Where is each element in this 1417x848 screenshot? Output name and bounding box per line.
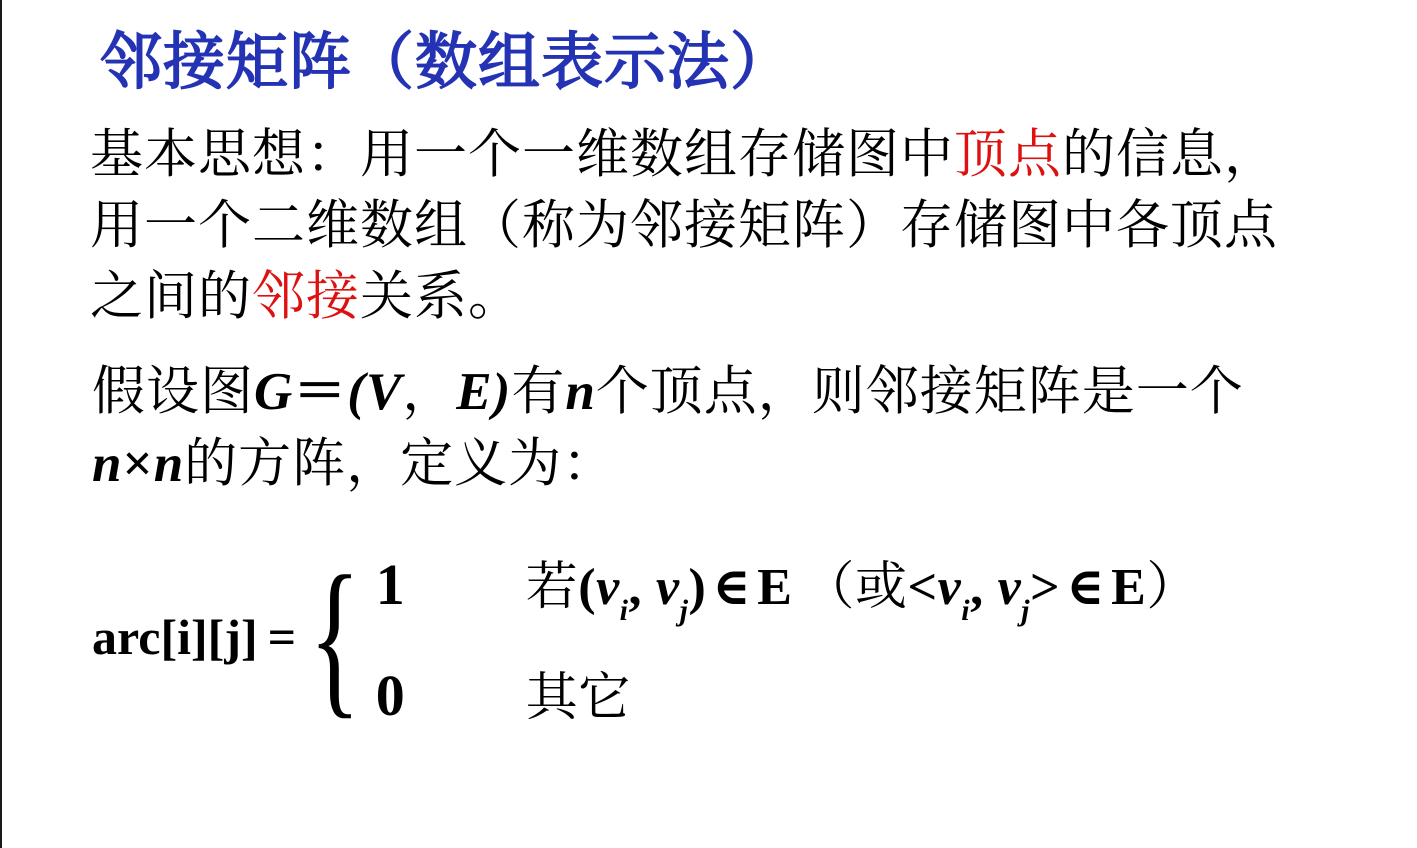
assume-seg3: 个顶点，则邻接矩阵是一个 bbox=[596, 363, 1244, 421]
cn-paren-open: （ bbox=[802, 559, 855, 616]
case1-condition: 若(vi,vj)∈E（或<vi,vj>∈E） bbox=[526, 544, 1199, 619]
close-paren: ) bbox=[493, 363, 512, 421]
case1-value: 1 bbox=[376, 551, 526, 618]
intro-line-1-text: 基本思想：用一个一维数组存储图中 bbox=[90, 126, 954, 184]
emphasis-adjacency: 邻接 bbox=[252, 268, 360, 326]
math-v1: v bbox=[596, 559, 620, 616]
set-E-1: E bbox=[757, 559, 792, 616]
slide: 邻接矩阵（数组表示法） 基本思想：用一个一维数组存储图中顶点的信息， 用一个二维… bbox=[0, 0, 1417, 848]
case2-value: 0 bbox=[376, 662, 526, 729]
fullwidth-comma: ， bbox=[402, 363, 456, 421]
math-n1: n bbox=[92, 435, 122, 493]
sub-i-1: i bbox=[620, 594, 629, 627]
emphasis-vertex: 顶点 bbox=[954, 126, 1062, 184]
assume-line2-text: 的方阵，定义为： bbox=[184, 435, 616, 493]
intro-line-1-tail: 的信息， bbox=[1062, 126, 1278, 184]
ruo-char: 若 bbox=[526, 559, 579, 616]
assumption-paragraph: 假设图G＝(V，E)有n个顶点，则邻接矩阵是一个 n×n的方阵，定义为： bbox=[92, 356, 1244, 500]
assumption-line-2: n×n的方阵，定义为： bbox=[92, 428, 1244, 500]
or-char: 或 bbox=[855, 559, 908, 616]
sub-j-1: j bbox=[680, 594, 689, 627]
formula-arc-definition: arc[i][j]= { 1 若(vi,vj)∈E（或<vi,vj>∈E） 0 … bbox=[92, 538, 1199, 736]
formula-equals: = bbox=[268, 609, 297, 665]
math-v3: v bbox=[938, 559, 962, 616]
math-v4: v bbox=[998, 559, 1022, 616]
angle-close: > bbox=[1030, 559, 1060, 616]
intro-line-3-tail: 关系。 bbox=[360, 268, 522, 326]
formula-cases: 1 若(vi,vj)∈E（或<vi,vj>∈E） 0 其它 bbox=[376, 538, 1199, 736]
arc-term: arc[i][j] bbox=[92, 609, 258, 665]
math-G: G bbox=[254, 363, 293, 421]
set-E-2: E bbox=[1111, 559, 1146, 616]
assumption-line-1: 假设图G＝(V，E)有n个顶点，则邻接矩阵是一个 bbox=[92, 356, 1244, 428]
sub-j-2: j bbox=[1021, 594, 1030, 627]
intro-line-3-text: 之间的 bbox=[90, 268, 252, 326]
case2-condition: 其它 bbox=[526, 655, 631, 730]
math-E: E bbox=[456, 363, 492, 421]
formula-lhs: arc[i][j]= bbox=[92, 608, 296, 666]
intro-line-3: 之间的邻接关系。 bbox=[90, 262, 1278, 333]
intro-line-2-text: 用一个二维数组（称为邻接矩阵）存储图中各顶点 bbox=[90, 197, 1278, 255]
paren-open: ( bbox=[578, 559, 596, 616]
assume-seg1: 假设图 bbox=[92, 363, 254, 421]
intro-paragraph: 基本思想：用一个一维数组存储图中顶点的信息， 用一个二维数组（称为邻接矩阵）存储… bbox=[90, 120, 1278, 333]
math-v2: v bbox=[656, 559, 680, 616]
assume-seg2: 有 bbox=[511, 363, 565, 421]
comma-1: , bbox=[629, 559, 643, 616]
angle-open: < bbox=[908, 559, 938, 616]
case-row-1: 1 若(vi,vj)∈E（或<vi,vj>∈E） bbox=[376, 544, 1199, 619]
equals-sign: ＝ bbox=[293, 363, 347, 421]
paren-close: ) bbox=[688, 559, 706, 616]
case-row-2: 0 其它 bbox=[376, 655, 1199, 730]
element-of-2: ∈ bbox=[1066, 559, 1105, 616]
curly-brace-icon: { bbox=[309, 550, 361, 724]
intro-line-1: 基本思想：用一个一维数组存储图中顶点的信息， bbox=[90, 120, 1278, 191]
intro-line-2: 用一个二维数组（称为邻接矩阵）存储图中各顶点 bbox=[90, 191, 1278, 262]
comma-2: , bbox=[970, 559, 984, 616]
cn-paren-close: ） bbox=[1146, 559, 1199, 616]
times-sign: × bbox=[122, 435, 153, 493]
slide-title: 邻接矩阵（数组表示法） bbox=[100, 12, 793, 101]
math-n: n bbox=[565, 363, 595, 421]
open-paren: ( bbox=[347, 363, 366, 421]
math-n2: n bbox=[154, 435, 184, 493]
math-V: V bbox=[366, 363, 402, 421]
sub-i-2: i bbox=[961, 594, 970, 627]
element-of-1: ∈ bbox=[712, 559, 751, 616]
